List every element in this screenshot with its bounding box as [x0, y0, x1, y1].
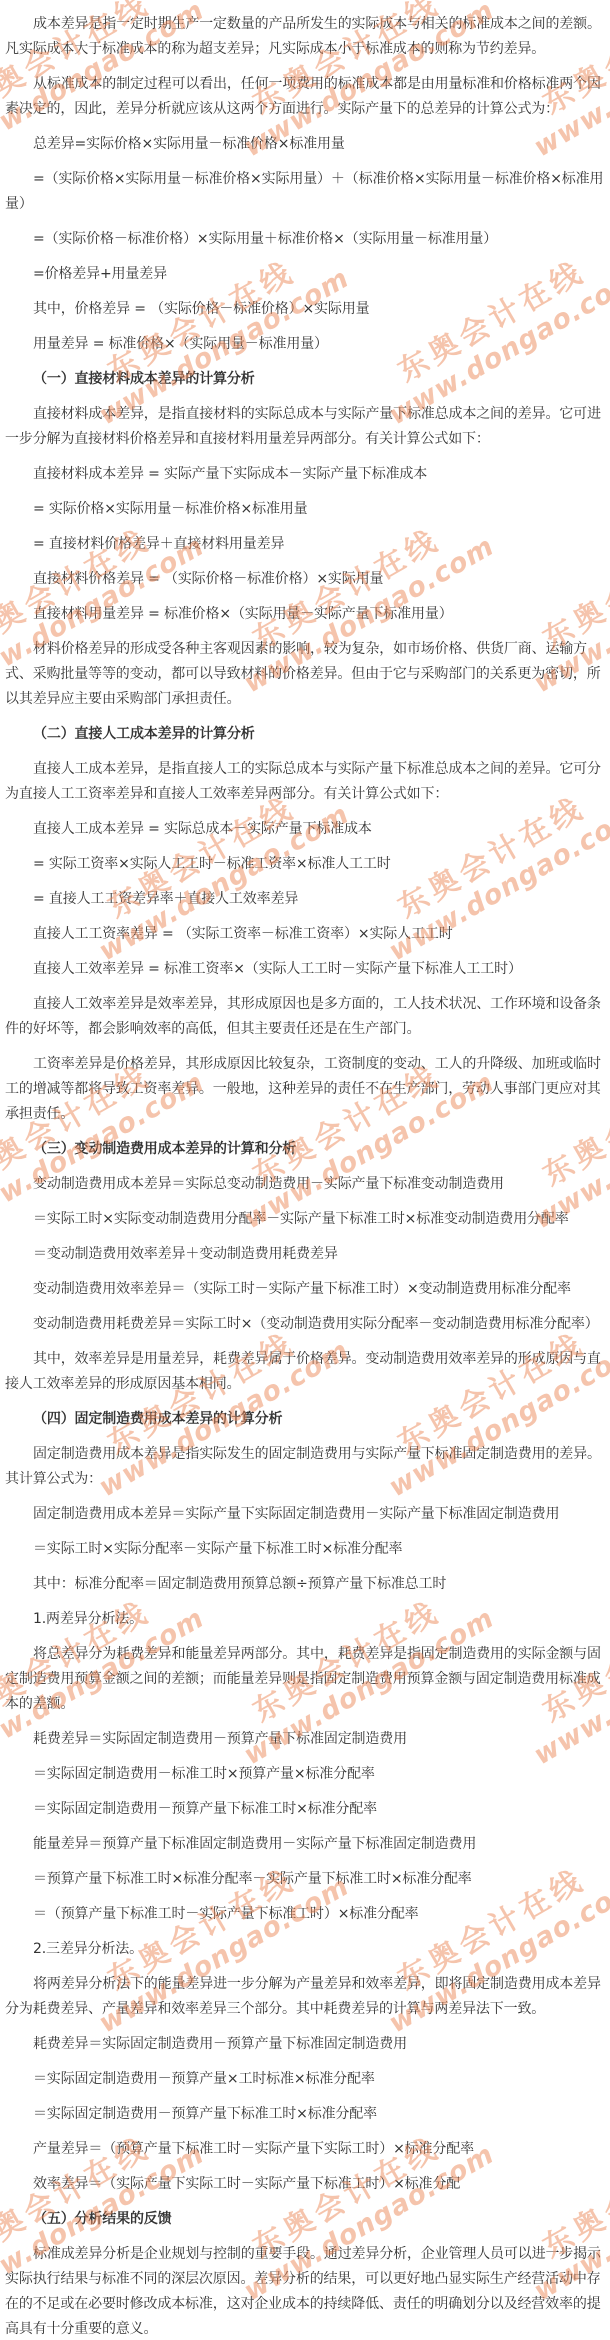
- formula-line: 直接材料成本差异 = 实际产量下实际成本－实际产量下标准成本: [5, 462, 605, 487]
- formula-line: 变动制造费用耗费差异＝实际工时×（变动制造费用实际分配率－变动制造费用标准分配率…: [5, 1312, 605, 1337]
- formula-line: 能量差异＝预算产量下标准固定制造费用－实际产量下标准固定制造费用: [5, 1832, 605, 1857]
- paragraph: 从标准成本的制定过程可以看出，任何一项费用的标准成本都是由用量标准和价格标准两个…: [5, 72, 605, 122]
- formula-line: 耗费差异＝实际固定制造费用－预算产量下标准固定制造费用: [5, 2032, 605, 2057]
- formula-line: ＝变动制造费用效率差异＋变动制造费用耗费差异: [5, 1242, 605, 1267]
- section-heading: （一）直接材料成本差异的计算分析: [5, 367, 605, 392]
- formula-line: ＝实际固定制造费用－标准工时×预算产量×标准分配率: [5, 1762, 605, 1787]
- formula-line: 效率差异＝（实际产量下实际工时－实际产量下标准工时）×标准分配: [5, 2172, 605, 2197]
- formula-line: 产量差异＝（预算产量下标准工时－实际产量下实际工时）×标准分配率: [5, 2137, 605, 2162]
- formula-line: ＝实际固定制造费用－预算产量下标准工时×标准分配率: [5, 2102, 605, 2127]
- section-heading: （四）固定制造费用成本差异的计算分析: [5, 1407, 605, 1432]
- formula-line: =价格差异+用量差异: [5, 262, 605, 287]
- formula-line: 固定制造费用成本差异＝实际产量下实际固定制造费用－实际产量下标准固定制造费用: [5, 1502, 605, 1527]
- formula-line: =（实际价格－标准价格）×实际用量＋标准价格×（实际用量－标准用量）: [5, 227, 605, 252]
- formula-line: 变动制造费用效率差异＝（实际工时－实际产量下标准工时）×变动制造费用标准分配率: [5, 1277, 605, 1302]
- paragraph: 标准成差异分析是企业规划与控制的重要手段。通过差异分析，企业管理人员可以进一步揭…: [5, 2242, 605, 2340]
- document-content: 成本差异是指一定时期生产一定数量的产品所发生的实际成本与相关的标准成本之间的差额…: [0, 0, 610, 2340]
- formula-line: 直接人工工资率差异 = （实际工资率－标准工资率）×实际人工工时: [5, 922, 605, 947]
- formula-line: ＝预算产量下标准工时×标准分配率－实际产量下标准工时×标准分配率: [5, 1867, 605, 1892]
- formula-line: 其中：标准分配率＝固定制造费用预算总额÷预算产量下标准总工时: [5, 1572, 605, 1597]
- formula-line: = 实际价格×实际用量－标准价格×标准用量: [5, 497, 605, 522]
- paragraph: 其中，效率差异是用量差异，耗费差异属于价格差异。变动制造费用效率差异的形成原因与…: [5, 1347, 605, 1397]
- formula-line: 耗费差异＝实际固定制造费用－预算产量下标准固定制造费用: [5, 1727, 605, 1752]
- paragraph: 材料价格差异的形成受各种主客观因素的影响，较为复杂，如市场价格、供货厂商、运输方…: [5, 637, 605, 712]
- formula-line: 直接材料用量差异 = 标准价格×（实际用量－实际产量下标准用量）: [5, 602, 605, 627]
- formula-line: 用量差异 = 标准价格×（实际用量－标准用量）: [5, 332, 605, 357]
- paragraph: 固定制造费用成本差异是指实际发生的固定制造费用与实际产量下标准固定制造费用的差异…: [5, 1442, 605, 1492]
- formula-line: 其中，价格差异 = （实际价格－标准价格）×实际用量: [5, 297, 605, 322]
- formula-line: = 直接材料价格差异＋直接材料用量差异: [5, 532, 605, 557]
- document-page: 成本差异是指一定时期生产一定数量的产品所发生的实际成本与相关的标准成本之间的差额…: [0, 0, 610, 2340]
- formula-line: 直接人工效率差异 = 标准工资率×（实际人工工时－实际产量下标准人工工时）: [5, 957, 605, 982]
- formula-line: 直接人工成本差异 = 实际总成本－实际产量下标准成本: [5, 817, 605, 842]
- section-heading: （三）变动制造费用成本差异的计算和分析: [5, 1137, 605, 1162]
- formula-line: ＝实际固定制造费用－预算产量×工时标准×标准分配率: [5, 2067, 605, 2092]
- paragraph: 直接人工成本差异，是指直接人工的实际总成本与实际产量下标准总成本之间的差异。它可…: [5, 757, 605, 807]
- formula-line: ＝实际工时×实际分配率－实际产量下标准工时×标准分配率: [5, 1537, 605, 1562]
- formula-line: = 实际工资率×实际人工工时－标准工资率×标准人工工时: [5, 852, 605, 877]
- formula-line: ＝（预算产量下标准工时－实际产量下标准工时）×标准分配率: [5, 1902, 605, 1927]
- formula-line: 变动制造费用成本差异＝实际总变动制造费用－实际产量下标准变动制造费用: [5, 1172, 605, 1197]
- paragraph: 直接人工效率差异是效率差异，其形成原因也是多方面的，工人技术状况、工作环境和设备…: [5, 992, 605, 1042]
- paragraph: 工资率差异是价格差异，其形成原因比较复杂，工资制度的变动、工人的升降级、加班或临…: [5, 1052, 605, 1127]
- section-heading: （五）分析结果的反馈: [5, 2207, 605, 2232]
- formula-line: ＝实际固定制造费用－预算产量下标准工时×标准分配率: [5, 1797, 605, 1822]
- paragraph: 将总差异分为耗费差异和能量差异两部分。其中，耗费差异是指固定制造费用的实际金额与…: [5, 1642, 605, 1717]
- paragraph: 将两差异分析法下的能量差异进一步分解为产量差异和效率差异，即将固定制造费用成本差…: [5, 1972, 605, 2022]
- section-heading: （二）直接人工成本差异的计算分析: [5, 722, 605, 747]
- paragraph: 成本差异是指一定时期生产一定数量的产品所发生的实际成本与相关的标准成本之间的差额…: [5, 12, 605, 62]
- formula-line: 1.两差异分析法。: [5, 1607, 605, 1632]
- formula-line: =（实际价格×实际用量－标准价格×实际用量）＋（标准价格×实际用量－标准价格×标…: [5, 167, 605, 217]
- formula-line: = 直接人工工资差异率＋直接人工效率差异: [5, 887, 605, 912]
- formula-line: 2.三差异分析法。: [5, 1937, 605, 1962]
- formula-line: ＝实际工时×实际变动制造费用分配率－实际产量下标准工时×标准变动制造费用分配率: [5, 1207, 605, 1232]
- paragraph: 直接材料成本差异，是指直接材料的实际总成本与实际产量下标准总成本之间的差异。它可…: [5, 402, 605, 452]
- formula-line: 总差异=实际价格×实际用量－标准价格×标准用量: [5, 132, 605, 157]
- formula-line: 直接材料价格差异 = （实际价格－标准价格）×实际用量: [5, 567, 605, 592]
